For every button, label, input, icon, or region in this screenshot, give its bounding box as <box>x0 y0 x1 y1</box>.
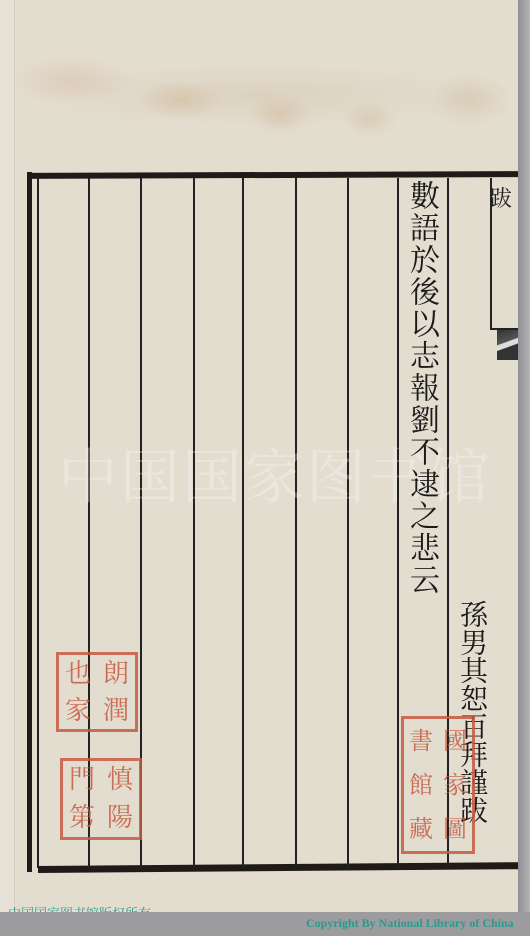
seal-char: 潤 <box>97 698 135 724</box>
seal-char: 圖 <box>438 817 472 841</box>
column-rule <box>193 178 195 868</box>
seal-library-collection: 書 館 藏 國 家 圖 <box>401 716 475 854</box>
seal-char: 第 <box>63 805 101 831</box>
seal-char: 藏 <box>404 817 438 841</box>
column-rule <box>242 178 244 868</box>
seal-char: 門 <box>63 767 101 793</box>
column-rule <box>347 178 349 868</box>
seal-char: 也 <box>59 661 97 687</box>
text-column-1: 數語於後以志報劉不逮之悲云 <box>400 180 444 596</box>
column-rule <box>295 178 297 868</box>
banxin-label: 跋 <box>490 182 518 213</box>
seal-char: 陽 <box>101 805 139 831</box>
copyright-english: Copyright By National Library of China <box>306 916 514 931</box>
seal-char: 慎 <box>101 767 139 793</box>
frame-bottom-border <box>38 862 518 873</box>
page-right-edge <box>518 0 530 936</box>
seal-char: 朗 <box>97 661 135 687</box>
frame-left-border <box>27 172 32 872</box>
seal-char: 館 <box>404 773 438 797</box>
seal-char: 國 <box>438 729 472 753</box>
fishtail-mark <box>497 330 518 360</box>
seal-top-left: 也 朗 家 潤 <box>56 652 138 732</box>
book-page: 中国国家图书馆 跋 數語於後以志報劉不逮之悲云 孫男其恕百拜謹跋 也 朗 家 潤… <box>0 0 518 912</box>
seal-char: 家 <box>59 698 97 724</box>
seal-bottom-left: 門 慎 第 陽 <box>60 758 142 840</box>
seal-char: 家 <box>438 773 472 797</box>
seal-char: 書 <box>404 729 438 753</box>
page-left-strip <box>0 0 15 912</box>
column-rule <box>37 178 39 868</box>
frame-top-border <box>27 171 518 179</box>
